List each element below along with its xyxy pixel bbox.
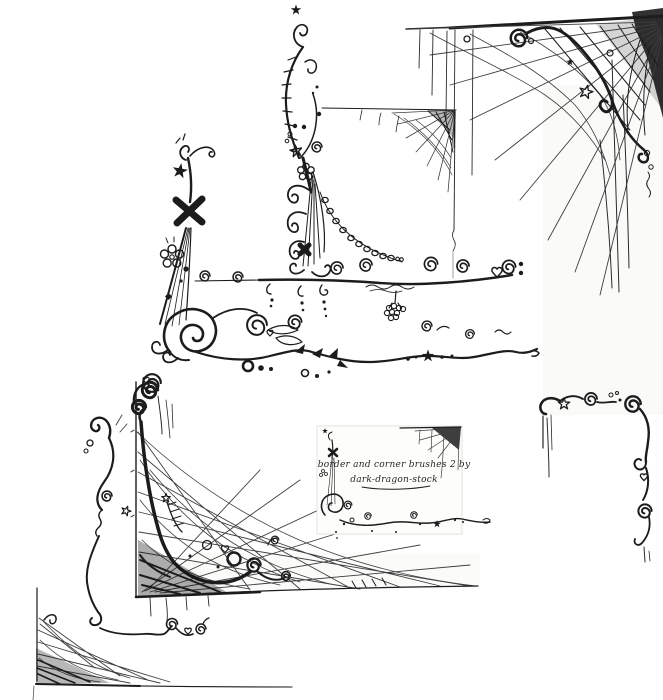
spiderweb-corner-bottom-left	[33, 588, 292, 700]
spiral-motif	[360, 259, 372, 271]
heart-icon	[185, 628, 192, 634]
spiral-motif	[331, 262, 343, 274]
spiral-motif	[271, 536, 279, 544]
swirl-corner-frame-right	[540, 392, 651, 563]
star-icon	[422, 350, 434, 362]
swirl-line-with-heart-left	[84, 415, 209, 635]
spiral-shell-motif	[164, 309, 216, 352]
preview-thumbnail: border and corner brushes 2 by dark-drag…	[317, 426, 490, 539]
hanging-flowers-motif	[384, 291, 405, 321]
star-icon	[162, 494, 171, 502]
credit-line-1: border and corner brushes 2 by	[318, 460, 471, 470]
spiral-motif	[424, 257, 437, 270]
heart-icon	[267, 330, 273, 336]
star-icon	[120, 505, 132, 517]
spiral-motif	[638, 504, 651, 517]
circle-chain-motif	[322, 197, 404, 261]
spiderweb-corner-inner-small	[322, 108, 456, 278]
brush-preview-canvas: border and corner brushes 2 by dark-drag…	[0, 0, 663, 700]
spiral-motif	[102, 491, 112, 501]
credit-line-2: dark-dragon-stock	[350, 475, 438, 485]
spiral-motif	[247, 315, 267, 335]
heart-icon	[640, 474, 647, 481]
star-icon	[291, 5, 301, 15]
spiral-motif	[200, 271, 210, 281]
spiral-motif	[196, 624, 206, 634]
spiral-motif	[422, 321, 432, 331]
star-icon	[566, 58, 574, 65]
spiral-motif	[466, 330, 475, 339]
star-icon	[171, 162, 188, 179]
brush-preview-sheet: border and corner brushes 2 by dark-drag…	[0, 0, 663, 700]
spiral-motif	[502, 260, 515, 273]
spiral-motif	[511, 30, 528, 47]
ornate-vine-corner	[195, 5, 523, 321]
spiral-motif	[457, 260, 469, 272]
spiral-motif	[312, 142, 322, 152]
